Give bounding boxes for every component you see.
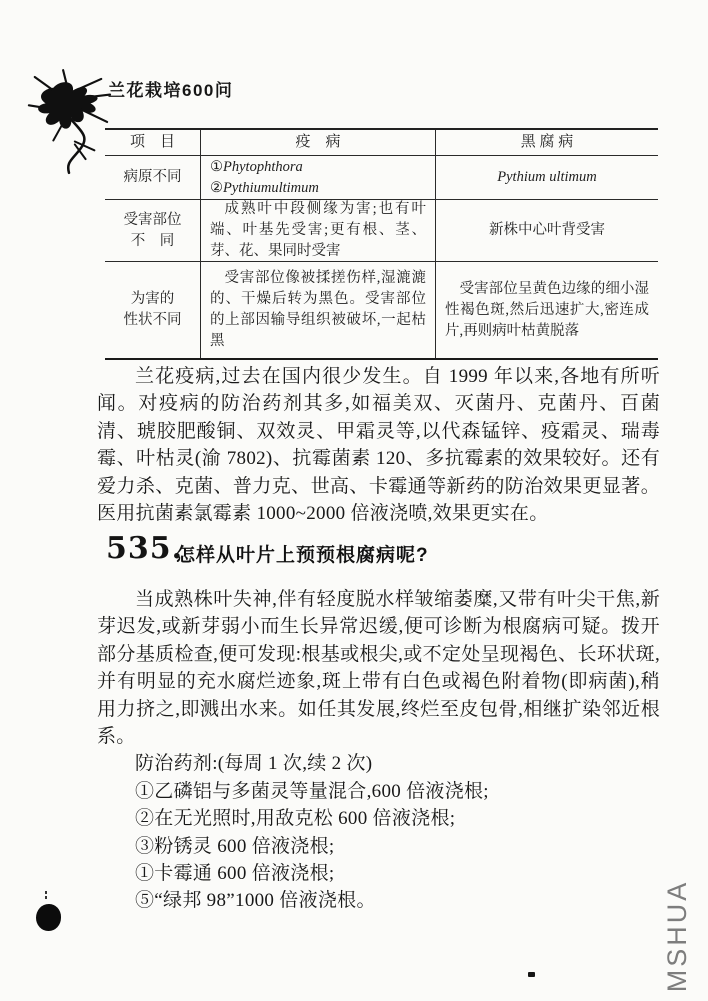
watermark-text: MSHUA (662, 866, 694, 1001)
paragraph-root-rot-diagnosis: 当成熟株叶失神,伴有轻度脱水样皱缩萎糜,又带有叶尖干焦,新芽迟发,或新芽弱小而生… (97, 586, 660, 750)
scanned-book-page: 兰花栽培600问 项 目 疫 病 黑 腐 病 病原不同 ①Phytophthor… (0, 0, 708, 1001)
scan-speck (45, 896, 47, 899)
ink-blob-page-mark (36, 904, 61, 931)
table-cell-symptoms-black-rot: 受害部位呈黄色边缘的细小湿性褐色斑,然后迅速扩大,密连成片,再则病叶枯黄脱落 (436, 262, 658, 358)
page-title: 兰花栽培600问 (108, 76, 233, 101)
section-body: 当成熟株叶失神,伴有轻度脱水样皱缩萎糜,又带有叶尖干焦,新芽迟发,或新芽弱小而生… (97, 586, 660, 915)
section-title: 怎样从叶片上预预根腐病呢? (176, 540, 429, 567)
table-cell-pathogen-blight: ①Phytophthora ②Pythiumultimum (200, 156, 436, 200)
scan-speck (45, 891, 47, 894)
treatment-item-2: ②在无光照时,用敌克松 600 倍液浇根; (97, 805, 660, 832)
disease-comparison-table: 项 目 疫 病 黑 腐 病 病原不同 ①Phytophthora ②Pythiu… (105, 128, 658, 360)
table-cell-pathogen-black-rot: Pythium ultimum (436, 156, 658, 200)
orchid-ink-sketch-icon (24, 64, 112, 176)
treatment-item-3: ③粉锈灵 600 倍液浇根; (97, 833, 660, 860)
table-cell-symptoms-blight: 受害部位像被揉搓伤样,湿漉漉的、干燥后转为黑色。受害部位的上部因输导组织被破坏,… (200, 262, 436, 358)
paragraph-blight-treatments: 兰花疫病,过去在国内很少发生。自 1999 年以来,各地有所听闻。对疫病的防治药… (97, 363, 660, 527)
table-row: 为害的 性状不同 (105, 262, 200, 358)
table-row: 病原不同 (105, 156, 200, 200)
table-header-blight: 疫 病 (200, 130, 436, 156)
section-number: 535. (106, 531, 183, 566)
table-cell-parts-blight: 成熟叶中段侧缘为害;也有叶端、叶基先受害;更有根、茎、芽、花、果同时受害 (200, 200, 436, 262)
treatment-intro: 防治药剂:(每周 1 次,续 2 次) (97, 750, 660, 777)
table-header-item: 项 目 (105, 130, 200, 156)
pathogen-line-1: ①Phytophthora (210, 157, 426, 178)
treatment-item-1: ①乙磷铝与多菌灵等量混合,600 倍液浇根; (97, 778, 660, 805)
table-header-black-rot: 黑 腐 病 (436, 130, 658, 156)
treatment-item-5: ⑤“绿邦 98”1000 倍液浇根。 (97, 887, 660, 914)
scan-speck (528, 972, 535, 977)
pathogen-line-2: ②Pythiumultimum (210, 178, 426, 199)
table-cell-parts-black-rot: 新株中心叶背受害 (436, 200, 658, 262)
treatment-item-4: ①卡霉通 600 倍液浇根; (97, 860, 660, 887)
table-row: 受害部位 不 同 (105, 200, 200, 262)
